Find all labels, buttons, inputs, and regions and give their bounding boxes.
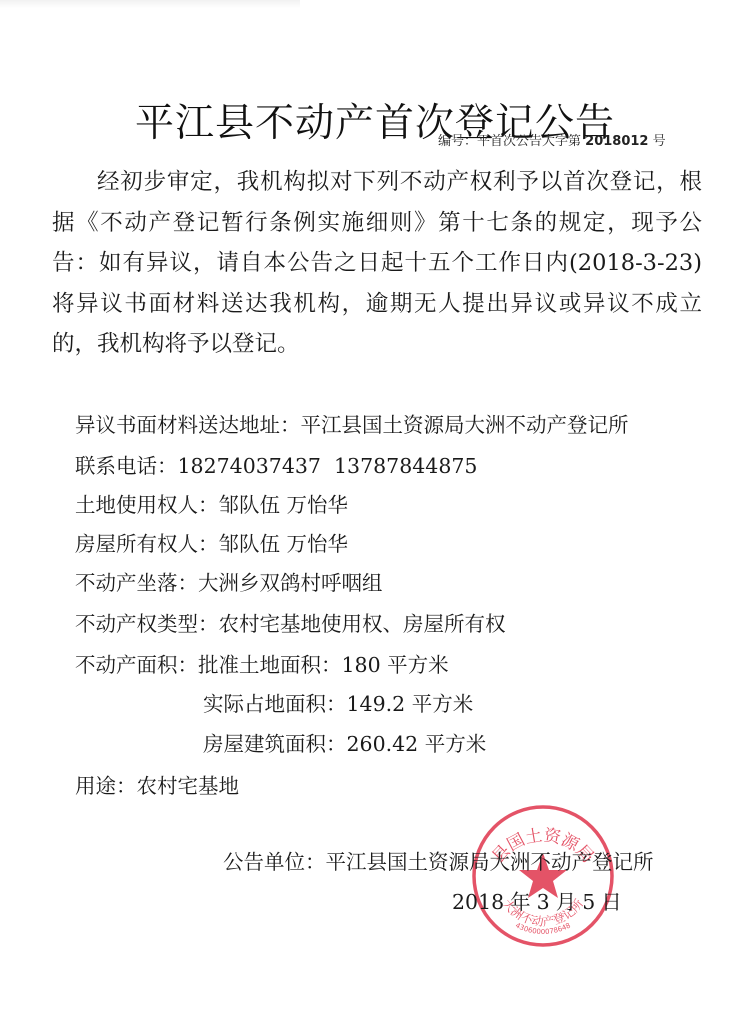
area-actual-label: 实际占地面积： [203, 692, 347, 716]
field-label: 异议书面材料送达地址： [75, 413, 301, 437]
field-label: 不动产面积： [75, 653, 198, 677]
date-year: 2018 [452, 890, 504, 914]
field-value: 平江县国土资源局大洲不动产登记所 [301, 413, 629, 437]
scan-edge-shadow [0, 0, 300, 8]
area-actual-occupied: 实际占地面积：149.2 平方米 [203, 690, 473, 718]
field-value: 邹队伍 万怡华 [219, 532, 349, 556]
document-number-value: 2018012 [585, 134, 648, 149]
field-label: 土地使用权人： [75, 493, 219, 517]
field-label: 用途： [75, 774, 137, 798]
field-house-owner: 房屋所有权人：邹队伍 万怡华 [75, 530, 348, 558]
field-value: 邹队伍 万怡华 [219, 493, 349, 517]
date-day-unit: 日 [601, 890, 622, 914]
field-property-right-type: 不动产权类型：农村宅基地使用权、房屋所有权 [75, 610, 506, 638]
area-building-label: 房屋建筑面积： [203, 732, 347, 756]
official-seal-icon: 县国土资源局 大洲不动产登记所 4306000078648 [470, 803, 616, 949]
field-contact-phone: 联系电话：18274037437 13787844875 [75, 452, 477, 480]
field-label: 房屋所有权人： [75, 532, 219, 556]
field-label: 不动产坐落： [75, 571, 198, 595]
field-value: 农村宅基地使用权、房屋所有权 [219, 612, 506, 636]
issue-date: 2018年3月5日 [452, 888, 628, 916]
field-label: 不动产权类型： [75, 612, 219, 636]
field-property-area: 不动产面积：批准土地面积：180 平方米 [75, 651, 449, 679]
issuer: 公告单位：平江县国土资源局大洲不动产登记所 [223, 848, 654, 876]
area-actual-value: 149.2 平方米 [347, 692, 474, 716]
area-approved-label: 批准土地面积： [198, 653, 342, 677]
date-month: 3 [537, 890, 550, 914]
field-value: 大洲乡双鸽村呼咽组 [198, 571, 383, 595]
document-number: 编号：平首次公告大字第 2018012 号 [438, 130, 666, 149]
date-year-unit: 年 [510, 890, 531, 914]
area-approved-value: 180 平方米 [342, 653, 449, 677]
field-usage: 用途：农村宅基地 [75, 772, 239, 800]
document-number-suffix: 号 [653, 134, 666, 149]
issuer-label: 公告单位： [223, 850, 326, 874]
field-value: 农村宅基地 [137, 774, 240, 798]
notice-body-paragraph: 经初步审定，我机构拟对下列不动产权利予以首次登记，根据《不动产登记暂行条例实施细… [52, 162, 702, 365]
field-objection-address: 异议书面材料送达地址：平江县国土资源局大洲不动产登记所 [75, 411, 629, 439]
field-property-location: 不动产坐落：大洲乡双鸽村呼咽组 [75, 569, 383, 597]
issuer-value: 平江县国土资源局大洲不动产登记所 [326, 850, 654, 874]
document-number-label: 编号：平首次公告大字第 [438, 134, 581, 149]
area-building: 房屋建筑面积：260.42 平方米 [203, 730, 486, 758]
date-day: 5 [582, 890, 595, 914]
field-land-use-right-holder: 土地使用权人：邹队伍 万怡华 [75, 491, 348, 519]
area-building-value: 260.42 平方米 [347, 732, 487, 756]
field-value: 18274037437 13787844875 [178, 454, 478, 478]
field-label: 联系电话： [75, 454, 178, 478]
date-month-unit: 月 [556, 890, 577, 914]
notice-page: 平江县不动产首次登记公告 编号：平首次公告大字第 2018012 号 经初步审定… [0, 0, 750, 1032]
